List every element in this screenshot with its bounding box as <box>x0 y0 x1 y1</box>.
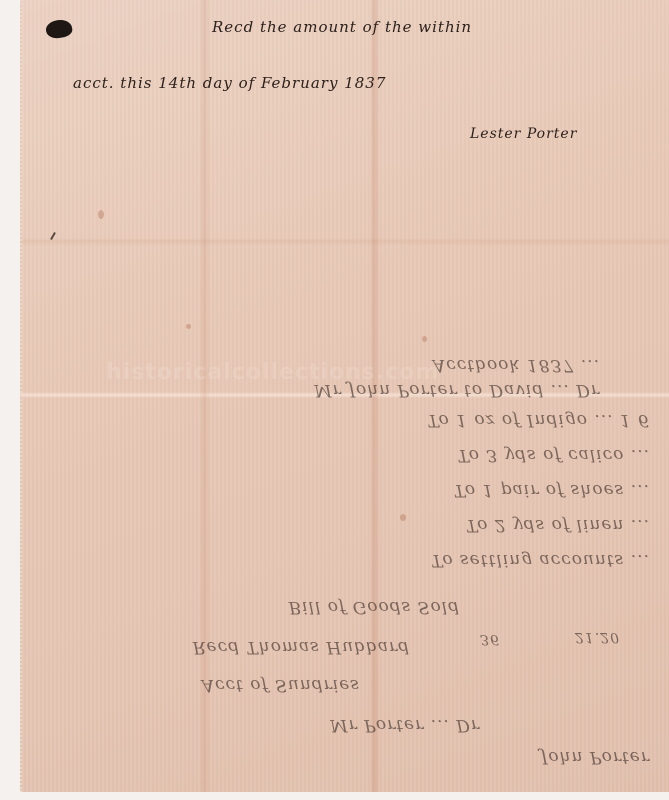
bleed-line: Mr John Porter to David ... Dr <box>314 380 600 400</box>
receipt-line-2: acct. this 14th day of February 1837 <box>73 74 386 92</box>
bleed-line: To 1 oz of Indigo ... 1 6 <box>427 410 650 430</box>
bleed-line: Mr Porter ... Dr <box>330 715 480 735</box>
receipt-line-1: Recd the amount of the within <box>212 18 472 36</box>
bleed-number: 36 <box>480 631 500 647</box>
bleed-line: To 3 yds of calico ... <box>458 445 650 465</box>
bleed-line: Acct of Sundries <box>202 675 360 695</box>
bleed-line: Acctbook 1837 ... <box>433 355 600 375</box>
bleed-line: To 2 yds of linen ... <box>466 515 650 535</box>
bleed-line: John Porter <box>541 747 650 767</box>
stain-spot <box>422 336 427 342</box>
stain-spot <box>98 210 104 219</box>
bleed-line: Bill of Goods Sold <box>289 597 460 617</box>
stain-spot <box>186 324 191 329</box>
bleed-through-writing: John Porter Mr Porter ... Dr Acct of Sun… <box>60 355 660 775</box>
bleed-total: 21.20 <box>575 629 620 645</box>
bleed-line: Recd Thomas Hubbard <box>193 637 410 657</box>
signature: Lester Porter <box>470 126 577 142</box>
bleed-line: To settling accounts ... <box>431 550 650 570</box>
bleed-line: To 1 pair of shoes ... <box>454 480 650 500</box>
